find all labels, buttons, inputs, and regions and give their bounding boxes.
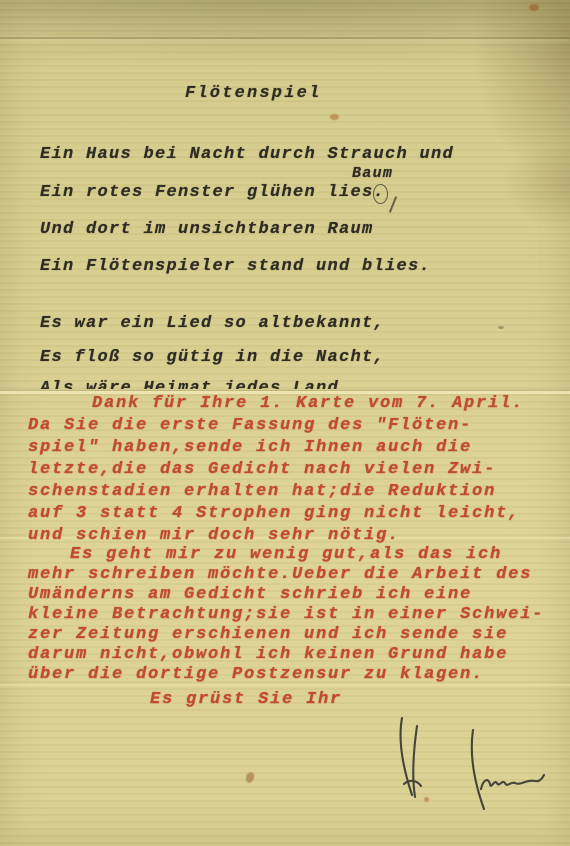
letter-line: mehr schreiben möchte.Ueber die Arbeit d…: [28, 565, 532, 584]
paper-crease-bottom: [0, 684, 570, 686]
letter-line: darum nicht,obwohl ich keinen Grund habe: [28, 645, 508, 664]
letter-line: Es geht mir zu wenig gut,als das ich: [70, 545, 502, 564]
letter-line: auf 3 statt 4 Strophen ging nicht leicht…: [28, 504, 520, 523]
manuscript-page: Flötenspiel Ein Haus bei Nacht durch Str…: [0, 0, 570, 846]
poem-clipped-line: Als wäre Heimat jedes Land: [40, 379, 460, 389]
letter-line: letzte,die das Gedicht nach vielen Zwi-: [28, 460, 496, 479]
poem-line: Es war ein Lied so altbekannt,: [40, 314, 385, 333]
letter-line: kleine Betrachtung;sie ist in einer Schw…: [28, 605, 544, 624]
letter-line: spiel" haben,sende ich Ihnen auch die: [28, 438, 472, 457]
letter-line: Umänderns am Gedicht schrieb ich eine: [28, 585, 472, 604]
pencil-ellipse-mark: [373, 184, 388, 204]
poem-title: Flötenspiel: [185, 84, 321, 103]
signature-handwriting: [370, 712, 565, 832]
letter-line: zer Zeitung erschienen und ich sende sie: [28, 625, 508, 644]
foxing-spot: [529, 4, 539, 11]
poem-line: Ein Haus bei Nacht durch Strauch und: [40, 145, 454, 164]
poem-line: Ein rotes Fenster glühen lies.: [40, 183, 385, 202]
letter-line: schenstadien erhalten hat;die Reduktion: [28, 482, 496, 501]
foxing-spot: [330, 114, 339, 120]
poem-line: Und dort im unsichtbaren Raum: [40, 220, 374, 239]
letter-line: Dank für Ihre 1. Karte vom 7. April.: [92, 394, 524, 413]
pencil-slash-mark: [389, 196, 397, 213]
letter-line: über die dortige Postzensur zu klagen.: [28, 665, 484, 684]
pencil-speck: [498, 326, 504, 329]
poem-line: Ein Flötenspieler stand und blies.: [40, 257, 431, 276]
paper-crease-top: [0, 37, 570, 39]
poem-line: Es floß so gütig in die Nacht,: [40, 348, 385, 367]
letter-line: und schien mir doch sehr nötig.: [28, 526, 400, 545]
foxing-spot: [244, 771, 255, 784]
letter-line: Da Sie die erste Fassung des "Flöten-: [28, 416, 472, 435]
letter-closing: Es grüst Sie Ihr: [150, 690, 342, 709]
poem-inserted-word: Baum: [352, 165, 393, 182]
